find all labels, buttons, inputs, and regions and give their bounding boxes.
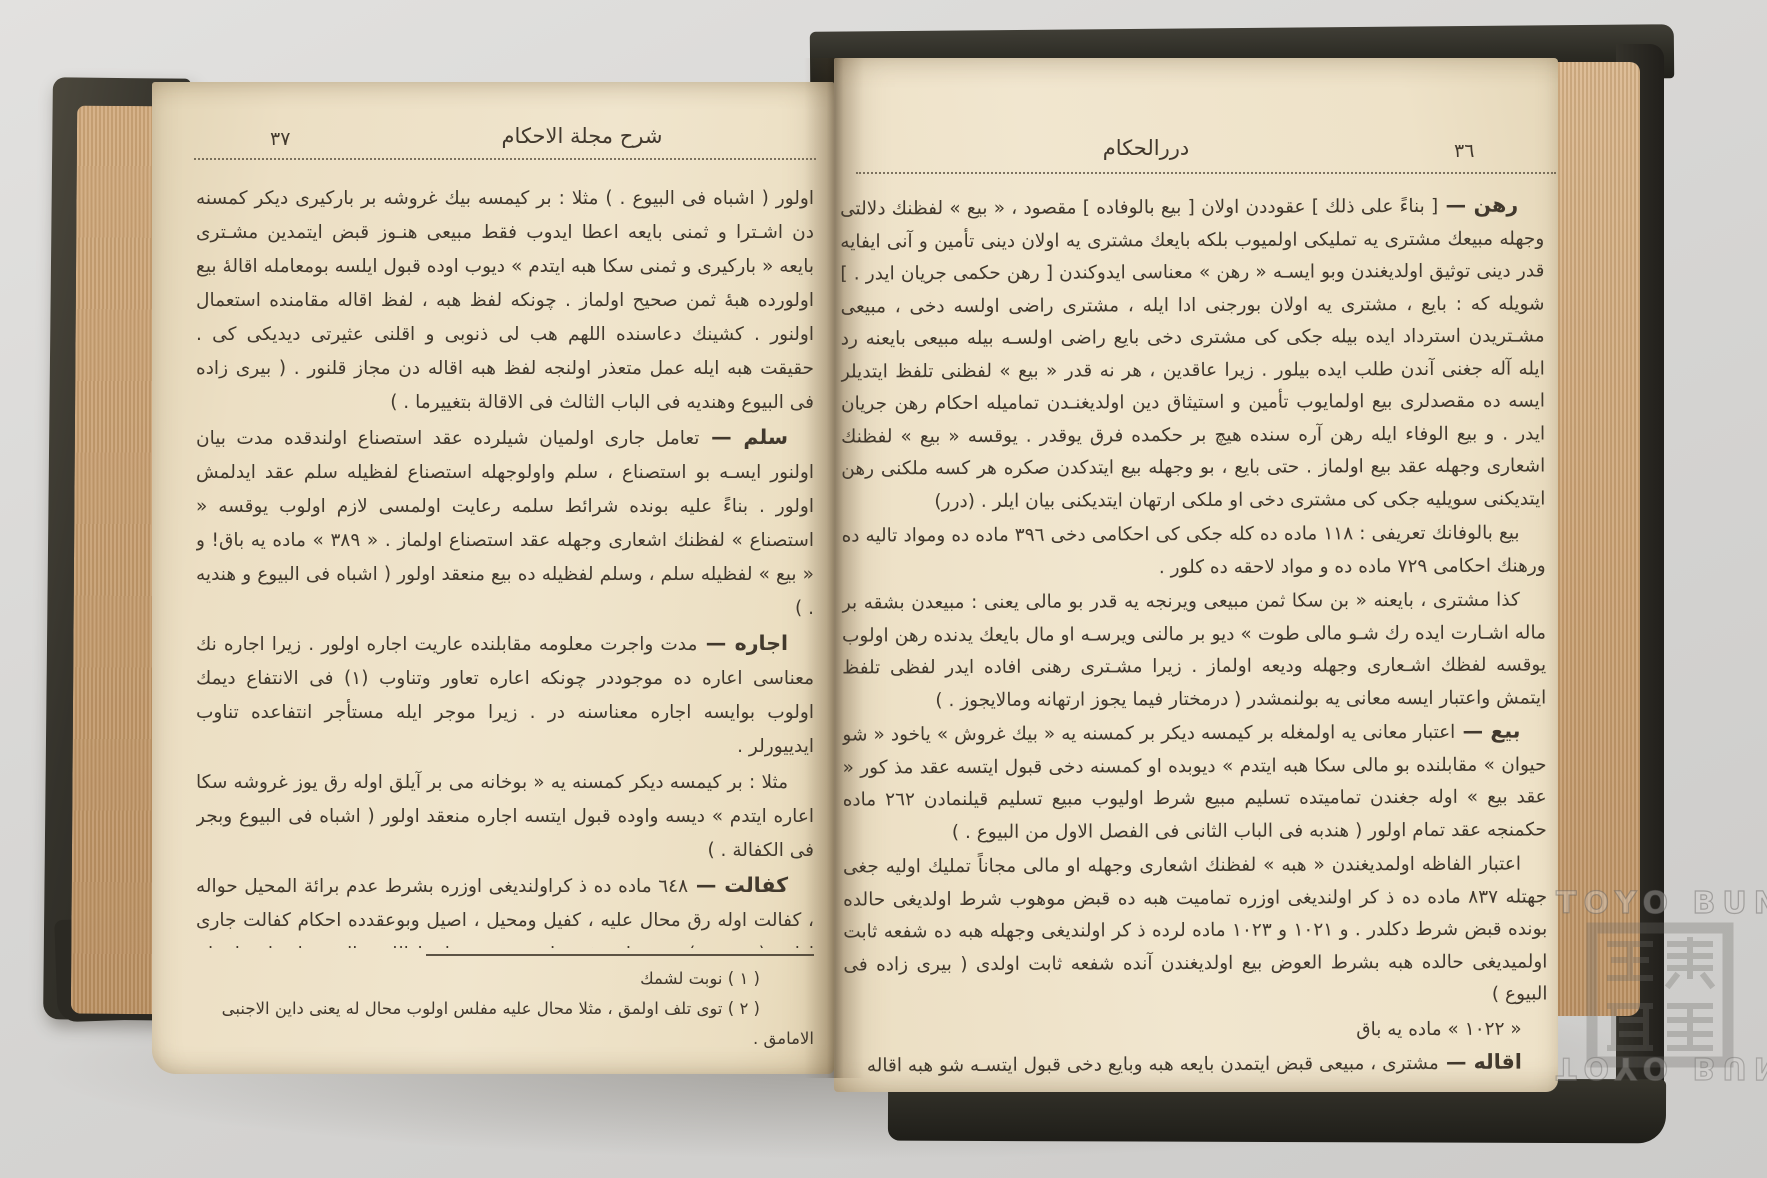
right-page-content: دررالحكام ٣٦ رهن — [ بناءً على ذلك ] عقو… [834,58,1558,1092]
footnote: ( ١ ) نوبت لشمك [196,964,814,994]
body-paragraph: كفالت — ٦٤٨ ماده ده ذ كراولنديغى اوزره ب… [196,868,814,948]
body-paragraph: رهن — [ بناءً على ذلك ] عقوددن اولان [ ب… [840,188,1545,518]
paragraph-text: مشترى ، مبيعى قبض ايتمدن بايعه هبه وبايع… [867,1053,1439,1076]
footnote: ( ٢ ) توى تلف اولمق ، مثلا محال عليه مفل… [196,994,814,1054]
left-header-rule [194,158,816,160]
section-keyword: بيع — [1455,719,1520,743]
paragraph-text: مثلا : بر كيمسه ديكر كمسنه يه « بوخانه م… [196,772,814,861]
left-page-body: اولور ( اشباه فى البيوع . ) مثلا : بر كي… [196,180,814,948]
book-photo: شرح مجلة الاحكام ٣٧ اولور ( اشباه فى الب… [0,0,1767,1178]
section-keyword: اقاله — [1439,1050,1522,1074]
paragraph-text: اولور ( اشباه فى البيوع . ) مثلا : بر كي… [196,188,814,413]
body-paragraph: مثلا : بر كيمسه ديكر كمسنه يه « بوخانه م… [196,764,814,868]
left-page-footnotes: ( ١ ) نوبت لشمك ( ٢ ) توى تلف اولمق ، مث… [196,954,814,1054]
page-fore-edge-right [1548,62,1640,1016]
paragraph-text: كذا مشترى ، بايعنه « بن سكا ثمن مبيعى وي… [842,590,1547,711]
left-page-header-title: شرح مجلة الاحكام [502,124,663,148]
paragraph-text: [ بناءً على ذلك ] عقوددن اولان [ بيع بال… [840,196,1545,512]
body-paragraph: اولور ( اشباه فى البيوع . ) مثلا : بر كي… [196,180,814,420]
section-keyword: رهن — [1438,193,1518,217]
right-page-header-title: دررالحكام [1103,136,1189,160]
section-keyword: اجاره — [697,631,788,655]
body-paragraph: كذا مشترى ، بايعنه « بن سكا ثمن مبيعى وي… [842,582,1547,717]
section-keyword: كفالت — [688,873,788,897]
paragraph-text: اعتبار الفاظه اولمديغندن « هبه » لفظنك ا… [843,854,1548,1005]
body-paragraph: بيع — اعتبار معانى يه اولمغله بر كيمسه د… [842,714,1547,849]
body-paragraph: اجاره — مدت واجرت معلومه مقابلنده عاريت … [196,626,814,764]
body-paragraph: بيع بالوفانك تعريفى : ١١٨ ماده ده كله جك… [841,515,1545,585]
paragraph-text: تعامل جارى اولميان شيلرده عقد استصناع او… [196,428,814,619]
body-paragraph: سلم — تعامل جارى اولميان شيلرده عقد استص… [196,420,814,626]
right-page-number: ٣٦ [1454,140,1474,162]
section-keyword: سلم — [699,425,788,449]
footnote-separator-rule [426,954,814,956]
paragraph-text: « ١٠٢٢ » ماده يه باق [1356,1018,1522,1040]
body-paragraph: اقاله — مشترى ، مبيعى قبض ايتمدن بايعه ه… [844,1045,1548,1083]
right-page-body: رهن — [ بناءً على ذلك ] عقوددن اولان [ ب… [840,188,1548,1093]
left-page-content: شرح مجلة الاحكام ٣٧ اولور ( اشباه فى الب… [152,82,834,1074]
paragraph-text: اعتبار معانى يه اولمغله بر كيمسه ديكر بر… [842,722,1547,843]
left-page-number: ٣٧ [270,128,290,150]
body-paragraph: « ١٠٢٢ » ماده يه باق [844,1011,1548,1049]
body-paragraph: اعتبار الفاظه اولمديغندن « هبه » لفظنك ا… [843,846,1548,1014]
right-header-rule [856,172,1556,174]
paragraph-text: بيع بالوفانك تعريفى : ١١٨ ماده ده كله جك… [841,523,1545,578]
